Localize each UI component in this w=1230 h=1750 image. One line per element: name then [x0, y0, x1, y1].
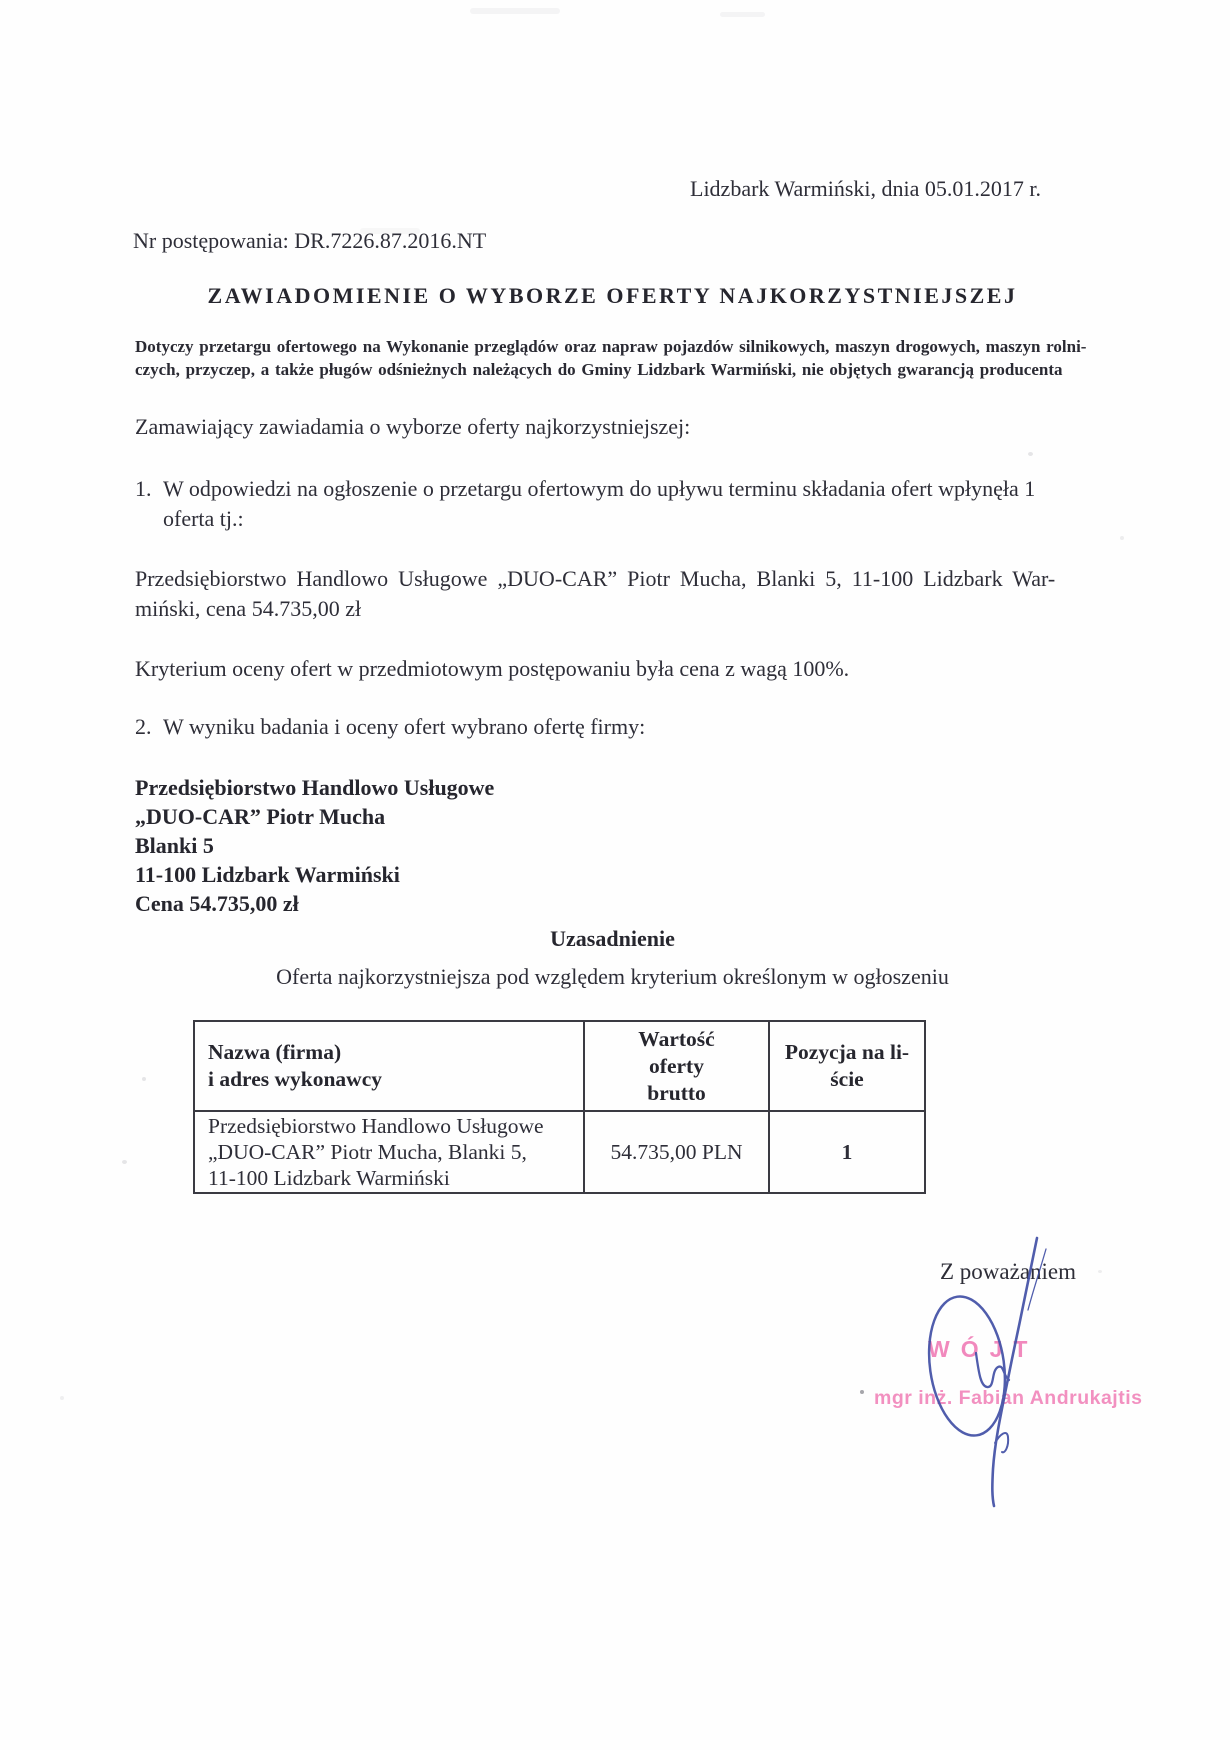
case-number: Nr postępowania: DR.7226.87.2016.NT	[133, 228, 486, 254]
winner-line: Przedsiębiorstwo Handlowo Usługowe	[135, 773, 494, 802]
header-cell-gross-value: Wartość oferty brutto	[585, 1022, 770, 1112]
scanned-document-page: Lidzbark Warmiński, dnia 05.01.2017 r. N…	[0, 0, 1230, 1750]
signature-main-stroke	[992, 1238, 1037, 1506]
subject-paragraph: Dotyczy przetargu ofertowego na Wykonani…	[135, 336, 1086, 381]
scan-speck	[1098, 1270, 1102, 1273]
list-text-line: W odpowiedzi na ogłoszenie o przetargu o…	[163, 476, 1035, 501]
signature-ink	[830, 1225, 1090, 1525]
list-item-2: 2.W wyniku badania i oceny ofert wybrano…	[135, 712, 645, 742]
list-text-line: oferta tj.:	[163, 506, 244, 531]
subject-line: czych, przyczep, a także pługów odśnieżn…	[135, 359, 1086, 382]
scan-speck	[122, 1160, 127, 1164]
list-number: 1.	[135, 474, 163, 504]
offer-paragraph: Przedsiębiorstwo Handlowo Usługowe „DUO-…	[135, 564, 1055, 624]
list-item-1: 1.W odpowiedzi na ogłoszenie o przetargu…	[135, 474, 1035, 534]
scan-speck	[1120, 536, 1124, 540]
list-number: 2.	[135, 712, 163, 742]
winner-line: 11-100 Lidzbark Warmiński	[135, 860, 494, 889]
cell-gross-value: 54.735,00 PLN	[585, 1112, 770, 1192]
scan-smudge	[720, 12, 765, 17]
list-text-line: W wyniku badania i oceny ofert wybrano o…	[163, 714, 645, 739]
scan-smudge	[360, 228, 420, 234]
intro-paragraph: Zamawiający zawiadamia o wyborze oferty …	[135, 412, 690, 442]
winner-line: Cena 54.735,00 zł	[135, 889, 494, 918]
offer-line: miński, cena 54.735,00 zł	[135, 594, 1055, 624]
winner-block: Przedsiębiorstwo Handlowo Usługowe „DUO-…	[135, 773, 494, 918]
offers-table: Nazwa (firma) i adres wykonawcy Wartość …	[193, 1020, 926, 1194]
winner-line: „DUO-CAR” Piotr Mucha	[135, 802, 494, 831]
subject-line: Dotyczy przetargu ofertowego na Wykonani…	[135, 336, 1086, 359]
signature-hairline	[1028, 1249, 1046, 1310]
scan-smudge	[470, 8, 560, 14]
cell-position: 1	[770, 1112, 924, 1192]
header-cell-name: Nazwa (firma) i adres wykonawcy	[195, 1022, 585, 1112]
header-cell-position: Pozycja na li- ście	[770, 1022, 924, 1112]
scan-speck	[142, 1077, 146, 1081]
justification-heading: Uzasadnienie	[135, 926, 1090, 952]
scan-speck	[1028, 452, 1033, 456]
cell-contractor-name: Przedsiębiorstwo Handlowo Usługowe „DUO-…	[195, 1112, 585, 1192]
offer-line: Przedsiębiorstwo Handlowo Usługowe „DUO-…	[135, 564, 1055, 594]
scan-speck	[60, 1396, 64, 1400]
criterion-paragraph: Kryterium oceny ofert w przedmiotowym po…	[135, 654, 849, 684]
winner-line: Blanki 5	[135, 831, 494, 860]
justification-text: Oferta najkorzystniejsza pod względem kr…	[135, 964, 1090, 990]
date-line: Lidzbark Warmiński, dnia 05.01.2017 r.	[690, 176, 1041, 202]
document-title: ZAWIADOMIENIE O WYBORZE OFERTY NAJKORZYS…	[135, 283, 1090, 309]
